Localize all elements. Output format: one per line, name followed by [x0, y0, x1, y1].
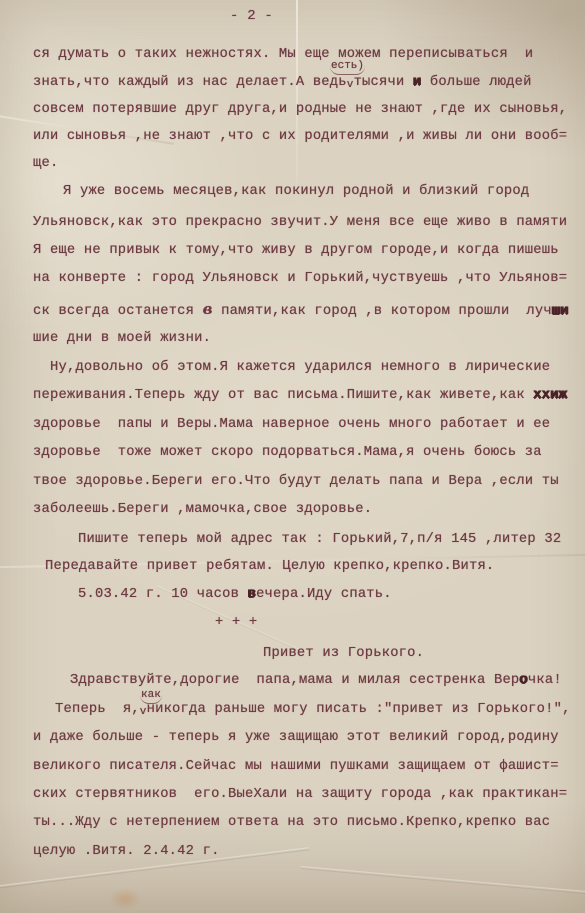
caret-text: v: [347, 77, 354, 93]
text-line: Ульяновск,как это прекрасно звучит.У мен…: [33, 215, 567, 231]
text-segment: тысячи: [354, 75, 413, 90]
text-line: твое здоровье.Береги его.Что будут делат…: [33, 474, 559, 490]
blot-text: в: [248, 587, 256, 602]
text-segment: знать,что каждый из нас делает.А ведь: [33, 75, 347, 90]
letter-heading-line: Привет из Горького.: [263, 646, 424, 662]
text-line: Я еще не привык к тому,что живу в другом…: [33, 243, 559, 259]
paper-crease: [300, 866, 585, 897]
text-line: совсем потерявшие друг друга,и родные не…: [33, 102, 567, 118]
separator-plus-line: + + +: [215, 615, 257, 631]
text-segment: переживания.Теперь жду от вас письма.Пиш…: [33, 388, 533, 403]
text-line: Передавайте привет ребятам. Целую крепко…: [45, 559, 494, 575]
text-line: ских стервятников его.ВыеХали на защиту …: [33, 787, 567, 803]
text-segment: ск всегда останется: [33, 304, 203, 319]
text-segment: ечера.Иду спать.: [256, 587, 392, 602]
text-line: и даже больше - теперь я уже защищаю это…: [33, 730, 559, 746]
letter-page: - 2 -ся думать о таких нежностях. Мы еще…: [0, 0, 585, 913]
text-line: Ну,довольно об этом.Я кажется ударился н…: [50, 360, 550, 376]
text-line: ты...Жду с нетерпением ответа на это пис…: [33, 815, 550, 831]
caret-text: v: [140, 704, 147, 720]
hand-text: в: [203, 300, 213, 318]
text-line: шие дни в моей жизни.: [33, 331, 211, 347]
blot-text: ши: [552, 304, 569, 319]
text-segment: Здравствуйте,дорогие папа,мама и милая с…: [70, 673, 519, 688]
text-line: ще.: [33, 156, 58, 172]
text-line: ск всегда останется в памяти,как город ,…: [33, 301, 569, 320]
text-line: или сыновья ,не знают ,что с их родителя…: [33, 129, 567, 145]
text-line: ся думать о таких нежностях. Мы еще може…: [33, 47, 533, 63]
text-line: Я уже восемь месяцев,как покинул родной …: [63, 184, 529, 200]
text-line: переживания.Теперь жду от вас письма.Пиш…: [33, 388, 567, 404]
text-line: заболеешь.Береги ,мамочка,свое здоровье.: [33, 502, 372, 518]
text-line: знать,что каждый из нас делает.А ведьvты…: [33, 75, 532, 91]
blot-text: ххиж: [533, 388, 567, 403]
text-line: Теперь я,vникогда раньше могу писать :"п…: [55, 702, 571, 718]
text-line: целую .Витя. 2.4.42 г.: [33, 844, 220, 860]
text-line: здоровье папы и Веры.Мама наверное очень…: [33, 417, 550, 433]
blot-text: о: [519, 673, 527, 688]
text-segment: 5.03.42 г. 10 часов: [78, 587, 248, 602]
text-line: здоровье тоже может скоро подорваться.Ма…: [33, 445, 542, 461]
paper-stain: [108, 888, 142, 910]
text-line: великого писателя.Сейчас мы нашими пушка…: [33, 759, 559, 775]
text-segment: никогда раньше могу писать :"привет из Г…: [147, 702, 571, 717]
text-segment: больше людей: [421, 75, 531, 90]
text-line: 5.03.42 г. 10 часов вечера.Иду спать.: [78, 587, 392, 603]
text-line: на конверте : город Ульяновск и Горький,…: [33, 271, 567, 287]
typed-insertion-est: есть): [330, 58, 365, 75]
text-line: Пишите теперь мой адрес так : Горький,7,…: [78, 532, 561, 548]
text-segment: чка!: [528, 673, 562, 688]
page-number-line: - 2 -: [230, 8, 273, 24]
text-segment: Теперь я,: [55, 702, 140, 717]
text-segment: памяти,как город ,в котором прошли луч: [213, 304, 552, 319]
